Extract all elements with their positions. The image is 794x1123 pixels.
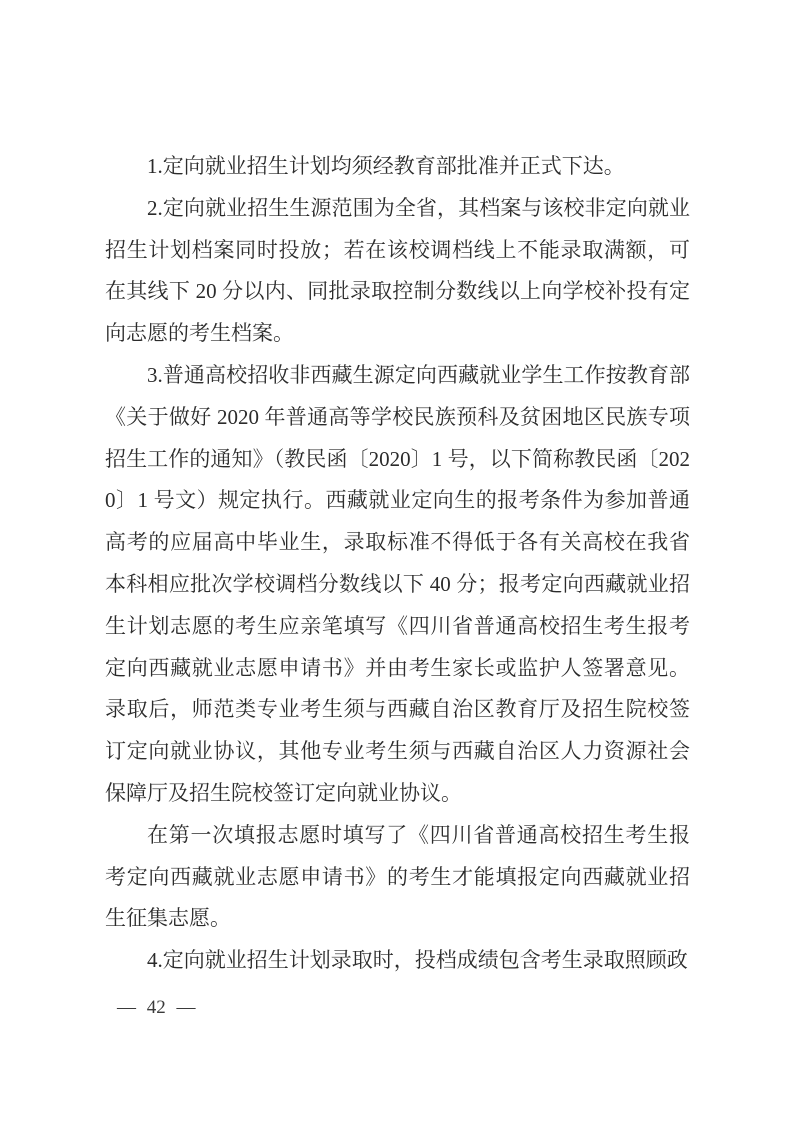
page-number: — 42 — (117, 997, 196, 1018)
page-footer: — 42 — (117, 997, 196, 1019)
paragraph: 在第一次填报志愿时填写了《四川省普通高校招生考生报考定向西藏就业志愿申请书》的考… (105, 815, 690, 940)
paragraph: 1.定向就业招生计划均须经教育部批准并正式下达。 (105, 146, 690, 188)
paragraph: 2.定向就业招生生源范围为全省，其档案与该校非定向就业招生计划档案同时投放；若在… (105, 188, 690, 355)
paragraph: 4.定向就业招生计划录取时，投档成绩包含考生录取照顾政 (105, 940, 690, 982)
document-page: 1.定向就业招生计划均须经教育部批准并正式下达。 2.定向就业招生生源范围为全省… (0, 0, 794, 1123)
paragraph: 3.普通高校招收非西藏生源定向西藏就业学生工作按教育部《关于做好 2020 年普… (105, 355, 690, 815)
document-body: 1.定向就业招生计划均须经教育部批准并正式下达。 2.定向就业招生生源范围为全省… (105, 146, 690, 982)
